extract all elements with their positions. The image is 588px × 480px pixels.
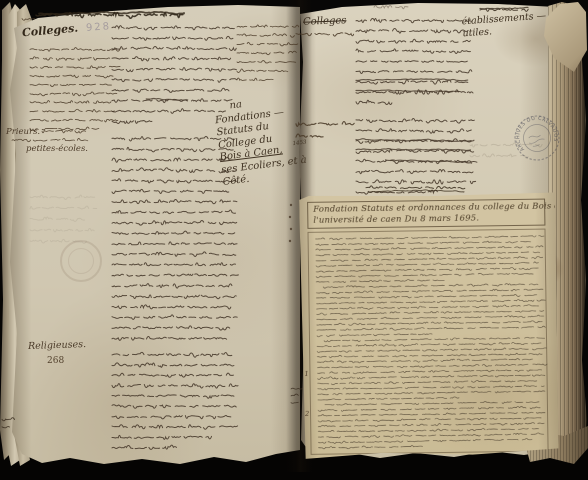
stamp-text: ARCHIVES DU CALVADOS — [511, 111, 561, 153]
book-scene: Colleges. 928 Prieurs. petites-écoles. R… — [0, 0, 588, 480]
rp-topright-struck-scribble — [480, 4, 536, 19]
insert-title-line2: l'université de caen Du 8 mars 1695. — [313, 213, 539, 227]
ditto-dot — [289, 240, 291, 242]
ditto-dot — [290, 204, 292, 206]
insert-sheet: Fondation Statuts et ordonnances du coll… — [299, 192, 559, 462]
ink-strokes — [366, 186, 465, 189]
ink-strokes — [112, 136, 238, 340]
ink-strokes — [316, 235, 549, 449]
margin-label-religieuses: Religieuses. — [28, 339, 86, 352]
ink-strokes — [480, 9, 528, 11]
lp-ditto-dots — [289, 203, 297, 251]
strike-through-stroke — [356, 149, 471, 151]
stamp-center-marks — [528, 133, 546, 147]
strike-through-stroke — [480, 7, 528, 8]
ink-strokes — [30, 48, 120, 131]
ink-strokes — [112, 26, 237, 124]
ink-strokes — [42, 130, 86, 133]
lp-margin-prieurs-line2 — [12, 135, 100, 149]
ink-strokes — [296, 33, 354, 36]
insert-margin-number-1: 1 — [304, 370, 308, 378]
insert-body-text — [316, 233, 553, 456]
ink-strokes — [374, 6, 408, 9]
struck-heading-colleges: Colleges — [303, 15, 347, 28]
lp-main-paragraph-2 — [112, 132, 244, 348]
lp-faint-bleedthrough — [30, 190, 108, 251]
rp-main-paragraph-1 — [356, 14, 478, 112]
ink-strokes — [112, 352, 238, 449]
svg-text:ARCHIVES DU CALVADOS: ARCHIVES DU CALVADOS — [511, 111, 561, 153]
strike-through-stroke — [356, 79, 468, 81]
rp-margin-note-bourgeoises — [296, 116, 360, 147]
lp-margin-note-paragraph — [30, 44, 124, 138]
underline-stroke — [368, 190, 464, 192]
ink-strokes — [237, 25, 299, 81]
lp-main-paragraph-1 — [112, 21, 242, 131]
ink-strokes — [22, 18, 35, 20]
ink-strokes — [30, 195, 97, 243]
insert-margin-number-2: 2 — [305, 410, 309, 418]
ditto-dot — [289, 216, 291, 218]
strike-through-stroke — [356, 90, 459, 92]
insert-title-box: Fondation Statuts et ordonnances du coll… — [307, 199, 545, 229]
ink-strokes — [2, 418, 15, 428]
ink-strokes — [296, 122, 354, 138]
ink-strokes — [291, 388, 302, 403]
ditto-dot — [290, 228, 292, 230]
ink-strokes — [12, 138, 88, 141]
spine-edge-marks — [2, 414, 20, 436]
lp-main-paragraph-3 — [112, 348, 244, 457]
lp-right-column-paragraph — [237, 21, 305, 89]
insert-caption-underlined — [366, 182, 474, 197]
folio-number: 268 — [47, 356, 64, 366]
